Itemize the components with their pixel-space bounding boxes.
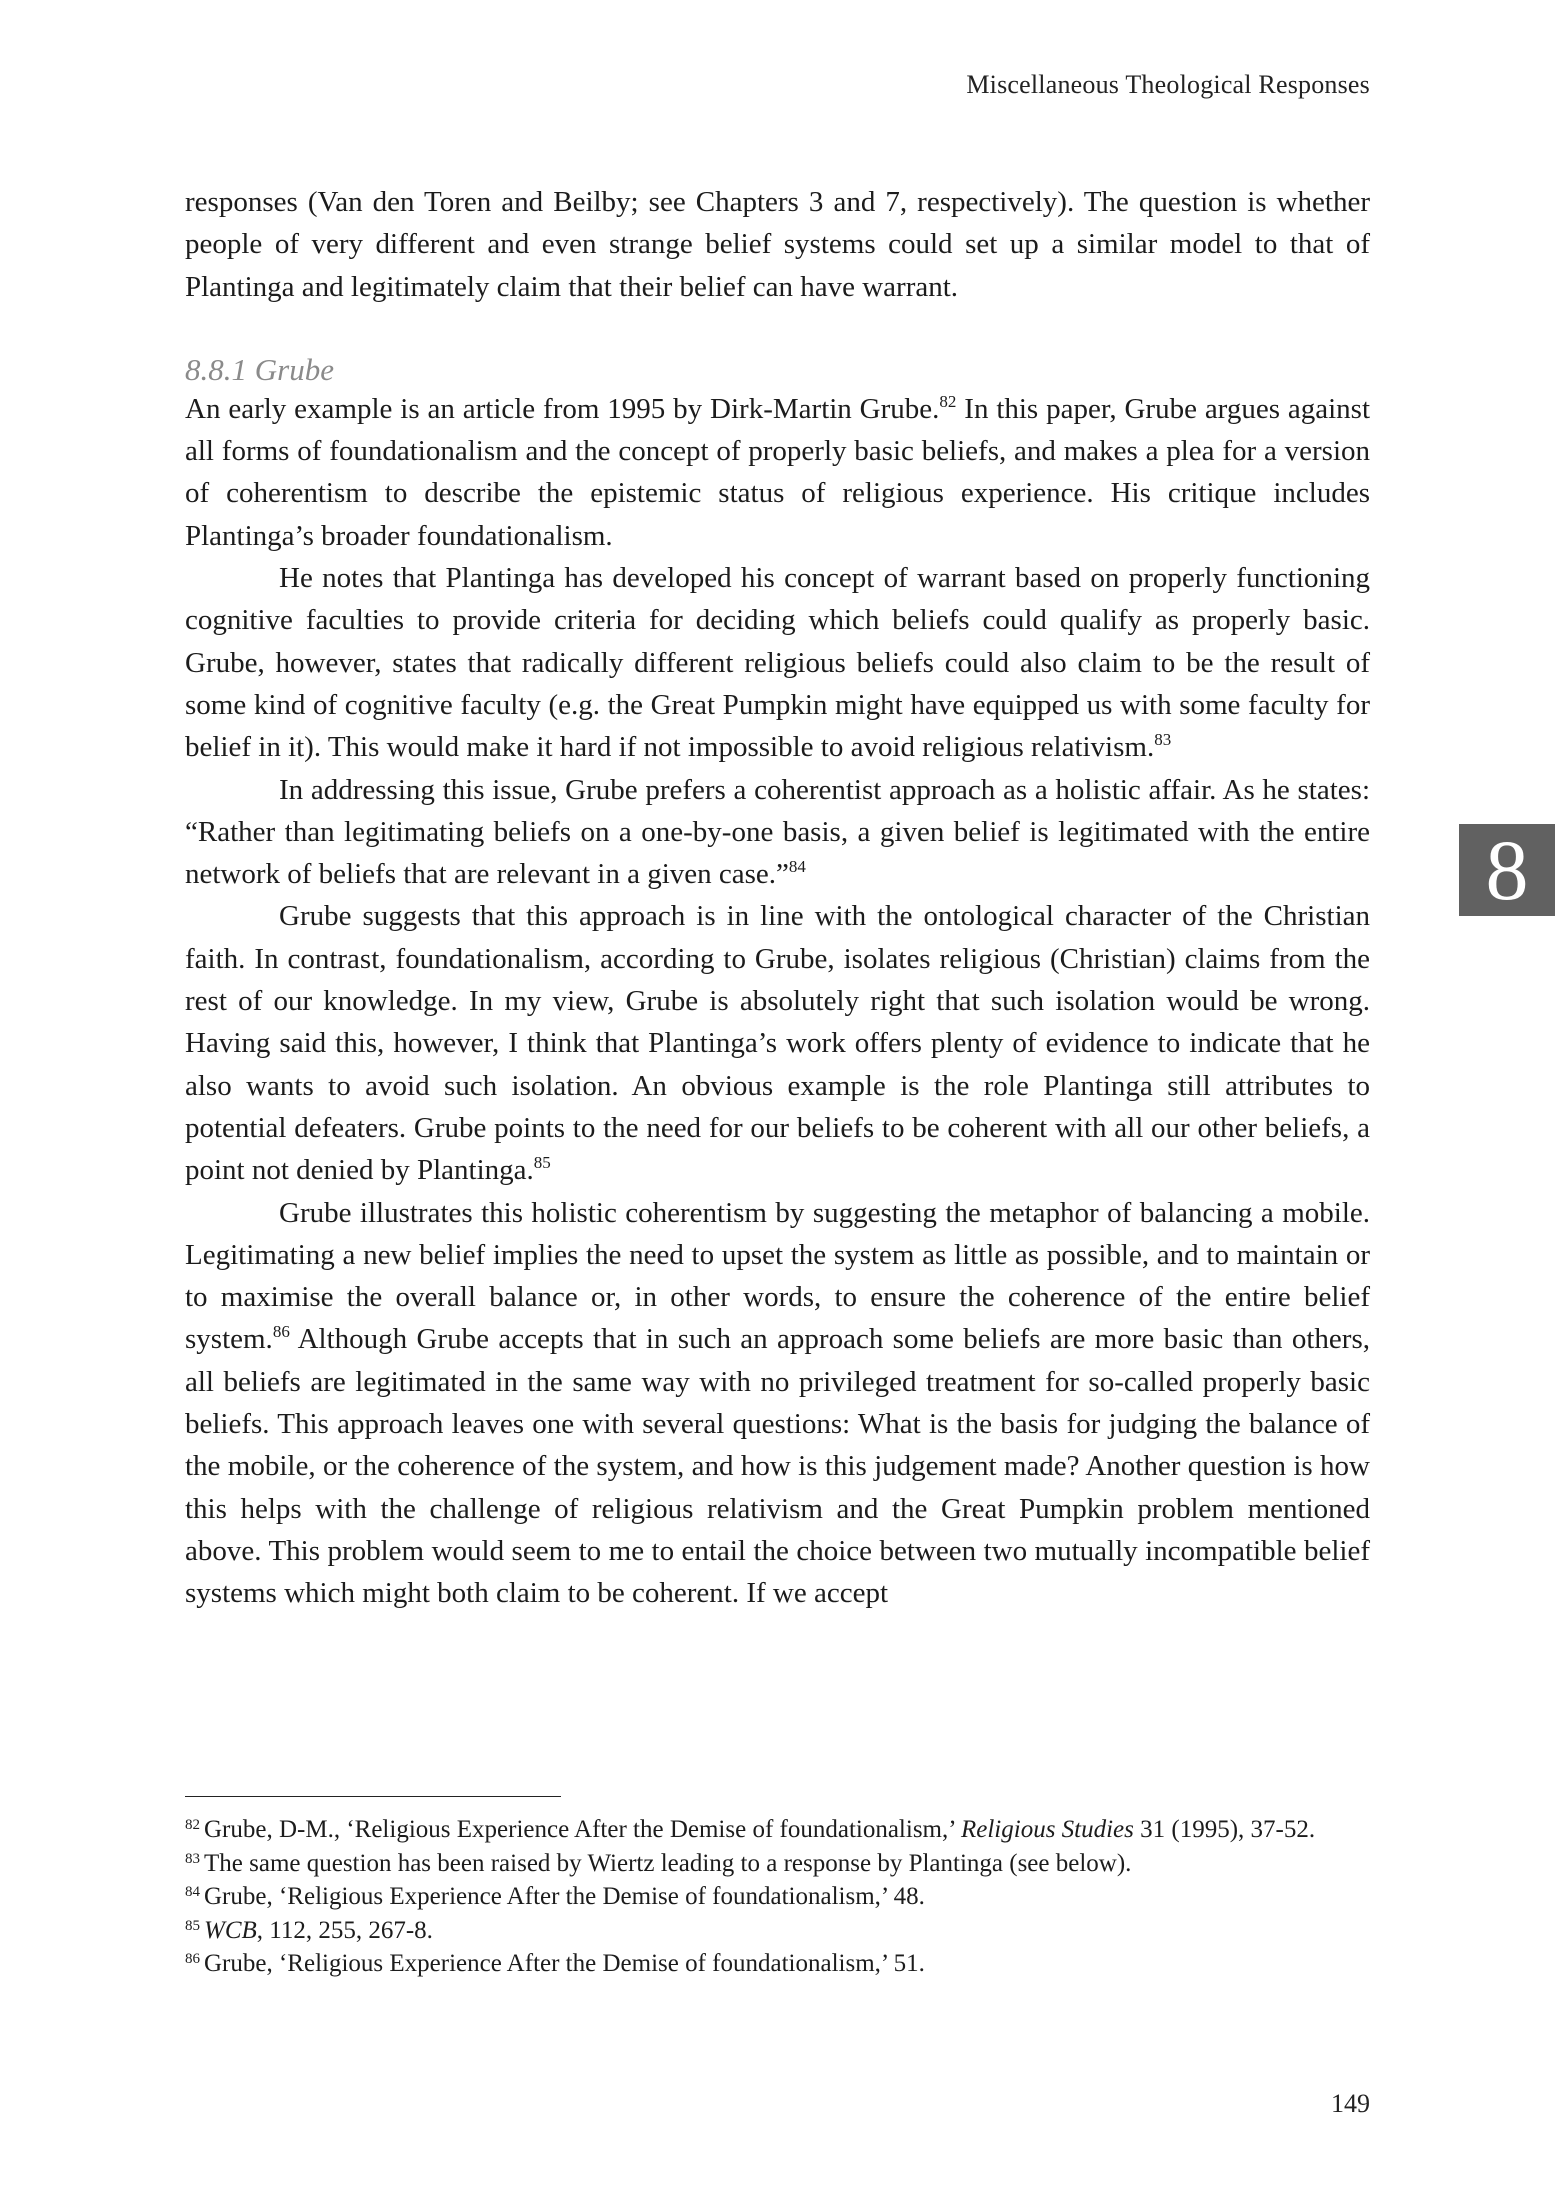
section-heading: 8.8.1 Grube [185, 350, 1370, 390]
paragraph: Grube illustrates this holistic coherent… [185, 1192, 1370, 1615]
footnote-number: 85 [185, 1918, 200, 1934]
intro-paragraph: responses (Van den Toren and Beilby; see… [185, 181, 1370, 308]
footnote-item: 83The same question has been raised by W… [185, 1847, 1370, 1881]
paragraph: Grube suggests that this approach is in … [185, 895, 1370, 1191]
paragraph: An early example is an article from 1995… [185, 388, 1370, 557]
footnote-item: 82Grube, D-M., ‘Religious Experience Aft… [185, 1813, 1370, 1847]
footnote-ref[interactable]: 85 [534, 1153, 551, 1172]
footnote-number: 82 [185, 1817, 200, 1833]
footnote-divider [185, 1796, 561, 1797]
footnote-number: 83 [185, 1851, 200, 1867]
paragraph: In addressing this issue, Grube prefers … [185, 769, 1370, 896]
chapter-tab: 8 [1459, 824, 1555, 916]
body-text: responses (Van den Toren and Beilby; see… [185, 181, 1370, 1615]
footnotes: 82Grube, D-M., ‘Religious Experience Aft… [185, 1813, 1370, 1981]
page-number: 149 [1331, 2089, 1370, 2119]
footnote-ref[interactable]: 86 [273, 1322, 290, 1341]
running-header: Miscellaneous Theological Responses [966, 70, 1370, 100]
footnote-number: 84 [185, 1884, 200, 1900]
footnote-number: 86 [185, 1951, 200, 1967]
paragraph: He notes that Plantinga has developed hi… [185, 557, 1370, 768]
footnote-ref[interactable]: 82 [939, 392, 956, 411]
footnote-item: 86Grube, ‘Religious Experience After the… [185, 1947, 1370, 1981]
footnote-item: 84Grube, ‘Religious Experience After the… [185, 1880, 1370, 1914]
footnote-ref[interactable]: 83 [1154, 730, 1171, 749]
footnote-item: 85WCB, 112, 255, 267-8. [185, 1914, 1370, 1948]
footnote-ref[interactable]: 84 [789, 857, 806, 876]
